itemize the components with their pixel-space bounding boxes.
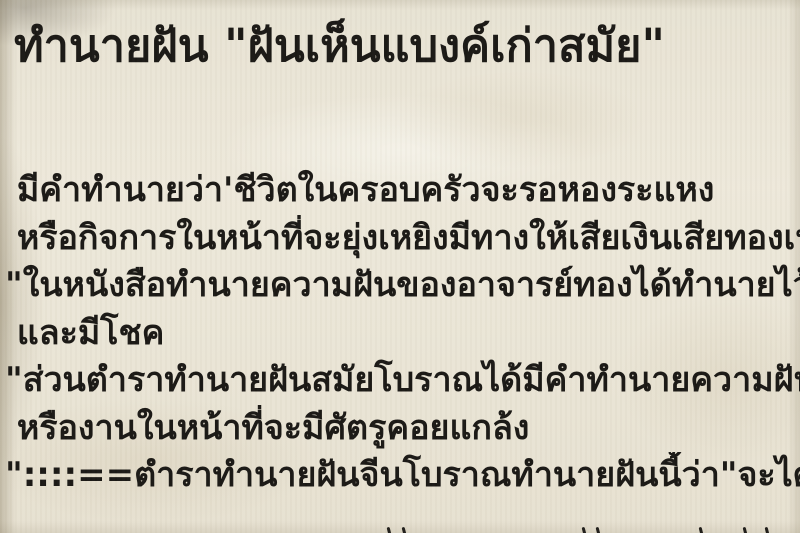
cutoff-glyph-top [582,527,588,533]
text-line: "::::==ตำราทำนายฝันจีนโบราณทำนายฝันนี้ว่… [5,452,800,500]
clipped-next-line [0,524,800,533]
dream-interpretation-text: มีคำทำนายว่า'ชีวิตในครอบครัวจะรอหองระแหง… [5,167,800,500]
text-line: หรืองานในหน้าที่จะมีศัตรูคอยแกล้ง [5,405,800,453]
cutoff-glyph-top [402,527,408,533]
text-line: หรือกิจการในหน้าที่จะยุ่งเหยิงมีทางให้เส… [5,215,800,263]
text-line: และมีโชค [5,310,800,358]
cutoff-glyph-top [596,527,602,533]
text-line: มีคำทำนายว่า'ชีวิตในครอบครัวจะรอหองระแหง [5,167,800,215]
text-line: "ส่วนตำราทำนายฝันสมัยโบราณได้มีคำทำนายคว… [5,357,800,405]
cutoff-glyph-top [699,527,705,533]
aged-paper-page: ทำนายฝัน "ฝันเห็นแบงค์เก่าสมัย" มีคำทำนา… [0,0,800,533]
cutoff-glyph-top [387,527,393,533]
page-title: ทำนายฝัน "ฝันเห็นแบงค์เก่าสมัย" [14,18,800,74]
text-line: "ในหนังสือทำนายความฝันของอาจารย์ทองได้ทำ… [5,262,800,310]
cutoff-glyph-top [743,527,749,533]
cutoff-glyph-top [765,527,771,533]
